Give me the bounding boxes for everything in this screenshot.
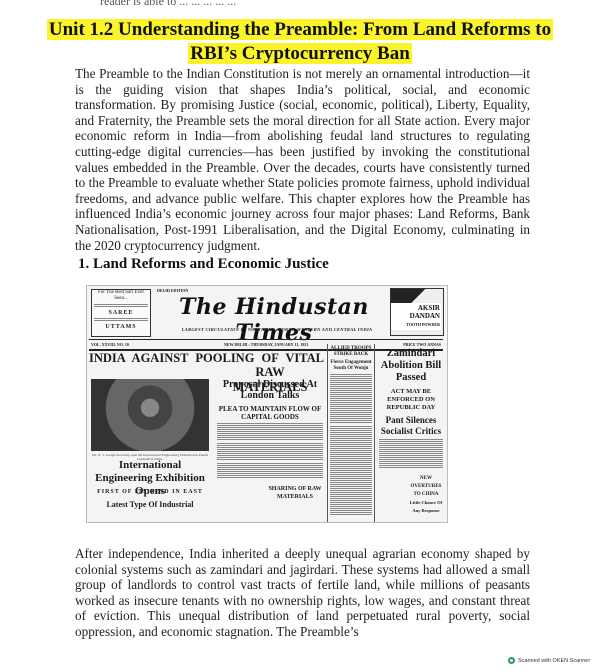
overtures-headline: NEW OVERTURES TO CHINA bbox=[407, 475, 445, 499]
masthead-rule bbox=[89, 339, 443, 340]
saree-advertisement: For The Best Sari Ever Seen... SAREE UTT… bbox=[91, 289, 151, 337]
allied-troops-column: ALLIED TROOPS STRIKE BACK Fierce Engagem… bbox=[327, 344, 375, 522]
column-text bbox=[379, 439, 443, 469]
price: PRICE TWO ANNAS bbox=[403, 342, 441, 347]
watermark-text: Scanned with OKEN Scanner bbox=[518, 658, 590, 664]
pant-subhead: Pant Silences Socialist Critics bbox=[377, 415, 445, 437]
column-text bbox=[217, 443, 323, 461]
ad-right-brand: AKSIR DANDAN TOOTH POWDER bbox=[391, 303, 441, 330]
oken-scanner-logo-icon bbox=[508, 657, 515, 664]
unit-title: Unit 1.2 Understanding the Preamble: Fro… bbox=[0, 18, 600, 66]
sharing-headline: SHARING OF RAW MATERIALS bbox=[265, 485, 325, 501]
raw-materials-column: Proposal Discussed At London Talks PLEA … bbox=[215, 379, 325, 501]
ad-left-brand: SAREE bbox=[92, 310, 150, 316]
latest-type-subhead: Latest Type Of Industrial bbox=[89, 500, 211, 509]
cut-off-previous-line: reader is able to ... ... ... ... ... bbox=[100, 0, 420, 6]
main-headline: INDIA AGAINST POOLING OF VITAL bbox=[89, 352, 324, 365]
allied-headline: ALLIED TROOPS STRIKE BACK bbox=[328, 346, 374, 358]
ad-left-top-text: For The Best Sari Ever Seen... bbox=[92, 290, 150, 302]
unit-title-line-1: Unit 1.2 Understanding the Preamble: Fro… bbox=[47, 19, 553, 40]
land-reforms-paragraph: After independence, India inherited a de… bbox=[75, 546, 530, 640]
plea-headline: PLEA TO MAINTAIN FLOW OF CAPITAL GOODS bbox=[215, 405, 325, 421]
exhibition-photo bbox=[91, 379, 209, 451]
newspaper-tagline: LARGEST CIRCULATION IN NORTHERN, NORTH-W… bbox=[167, 327, 387, 332]
ad-left-maker: UTTAMS bbox=[92, 324, 150, 330]
column-text bbox=[330, 426, 372, 516]
column-text bbox=[217, 423, 323, 441]
newspaper-masthead: For The Best Sari Ever Seen... SAREE UTT… bbox=[87, 286, 447, 339]
act-enforced-subhead: ACT MAY BE ENFORCED ON REPUBLIC DAY bbox=[377, 388, 445, 412]
proposal-headline: Proposal Discussed At London Talks bbox=[215, 379, 325, 401]
ad-left-body bbox=[94, 304, 148, 308]
scanner-watermark: Scanned with OKEN Scanner bbox=[508, 657, 590, 664]
unit-title-line-2: RBI’s Cryptocurrency Ban bbox=[188, 43, 412, 64]
column-text bbox=[217, 463, 323, 479]
little-chance-subhead: Little Chance Of Any Response bbox=[407, 499, 445, 515]
tooth-powder-advertisement: AKSIR DANDAN TOOTH POWDER bbox=[390, 288, 444, 336]
fierce-engagement-subhead: Fierce Engagement South Of Wonju bbox=[328, 360, 374, 372]
section-heading: 1. Land Reforms and Economic Justice bbox=[78, 256, 329, 273]
date: NEW DELHI : THURSDAY, JANUARY 11, 1951 bbox=[224, 342, 308, 347]
volume-number: VOL. XXVIII. NO. 10 bbox=[91, 342, 129, 347]
newspaper-clipping-image: For The Best Sari Ever Seen... SAREE UTT… bbox=[86, 285, 448, 523]
ad-left-body-2 bbox=[94, 318, 148, 322]
intro-paragraph: The Preamble to the Indian Constitution … bbox=[75, 66, 530, 253]
zamindari-column: Zamindari Abolition Bill Passed ACT MAY … bbox=[377, 348, 445, 515]
column-text bbox=[330, 374, 372, 424]
dateline-bar: VOL. XXVIII. NO. 10 NEW DELHI : THURSDAY… bbox=[91, 342, 441, 347]
first-of-kind-subhead: FIRST OF ITS KIND IN EAST bbox=[89, 489, 211, 495]
edition-label: DELHI EDITION bbox=[157, 288, 188, 293]
zamindari-headline: Zamindari Abolition Bill Passed bbox=[377, 348, 445, 384]
